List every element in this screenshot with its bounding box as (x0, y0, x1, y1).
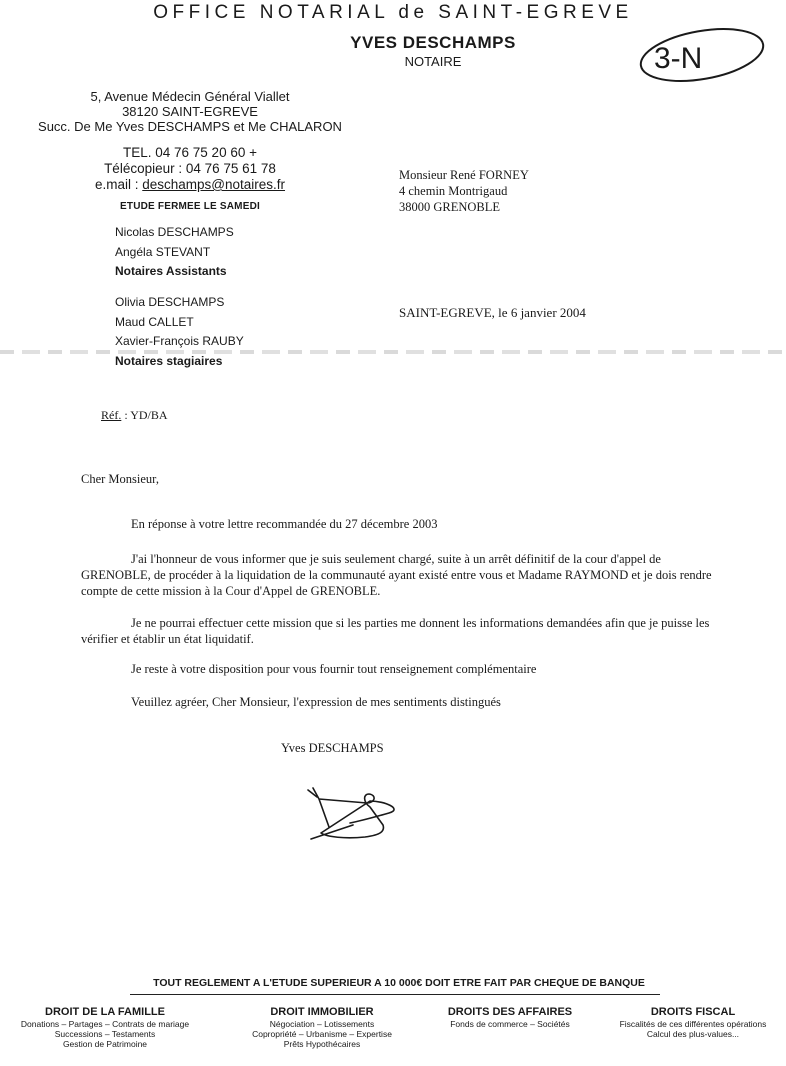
staff-trainee: Olivia DESCHAMPS (115, 295, 224, 309)
recipient-city: 38000 GRENOBLE (399, 200, 500, 215)
reference-value: : YD/BA (121, 408, 167, 422)
footer-divider (130, 994, 660, 995)
closed-notice: ETUDE FERMEE LE SAMEDI (0, 201, 380, 212)
letter-paragraph: Je reste à votre disposition pour vous f… (81, 661, 721, 677)
email-link[interactable]: deschamps@notaires.fr (142, 177, 285, 192)
recipient-name: Monsieur René FORNEY (399, 168, 529, 183)
staff-assistant: Nicolas DESCHAMPS (115, 225, 234, 239)
salutation: Cher Monsieur, (81, 472, 159, 487)
staff-assistants-title: Notaires Assistants (115, 264, 227, 278)
staff-trainee: Maud CALLET (115, 315, 194, 329)
place-date: SAINT-EGREVE, le 6 janvier 2004 (399, 305, 586, 321)
staff-trainees-title: Notaires stagiaires (115, 354, 222, 368)
reference: Réf. : YD/BA (101, 408, 168, 423)
staff-trainee: Xavier-François RAUBY (115, 334, 244, 348)
signature-name: Yves DESCHAMPS (281, 741, 384, 756)
address-succession: Succ. De Me Yves DESCHAMPS et Me CHALARO… (0, 119, 380, 134)
specialty-tax-law: DROITS FISCAL Fiscalités de ces différen… (600, 1006, 786, 1039)
letter-paragraph: En réponse à votre lettre recommandée du… (81, 516, 721, 532)
letter-paragraph: Veuillez agréer, Cher Monsieur, l'expres… (81, 694, 721, 710)
signature-icon (305, 785, 400, 840)
staff-assistant: Angéla STEVANT (115, 245, 210, 259)
handwritten-circled-mark-icon: 3-N (636, 24, 768, 84)
email-row: e.mail : deschamps@notaires.fr (0, 177, 380, 192)
email-label: e.mail : (95, 177, 142, 192)
payment-notice: TOUT REGLEMENT A L'ETUDE SUPERIEUR A 10 … (6, 977, 786, 989)
letter-paragraph: J'ai l'honneur de vous informer que je s… (81, 551, 721, 599)
specialty-real-estate-law: DROIT IMMOBILIER Négociation – Lotisseme… (232, 1006, 412, 1049)
letter-paragraph: Je ne pourrai effectuer cette mission qu… (81, 615, 721, 647)
telephone: TEL. 04 76 75 20 60 + (0, 145, 380, 160)
recipient-street: 4 chemin Montrigaud (399, 184, 507, 199)
fax: Télécopieur : 04 76 75 61 78 (0, 161, 380, 176)
address-city: 38120 SAINT-EGREVE (0, 104, 380, 119)
reference-label: Réf. (101, 408, 121, 422)
handwritten-mark-text: 3-N (654, 42, 702, 75)
address-street: 5, Avenue Médecin Général Viallet (0, 89, 380, 104)
specialty-business-law: DROITS DES AFFAIRES Fonds de commerce – … (430, 1006, 590, 1029)
office-title: OFFICE NOTARIAL de SAINT-EGREVE (0, 2, 786, 24)
specialty-family-law: DROIT DE LA FAMILLE Donations – Partages… (0, 1006, 210, 1049)
